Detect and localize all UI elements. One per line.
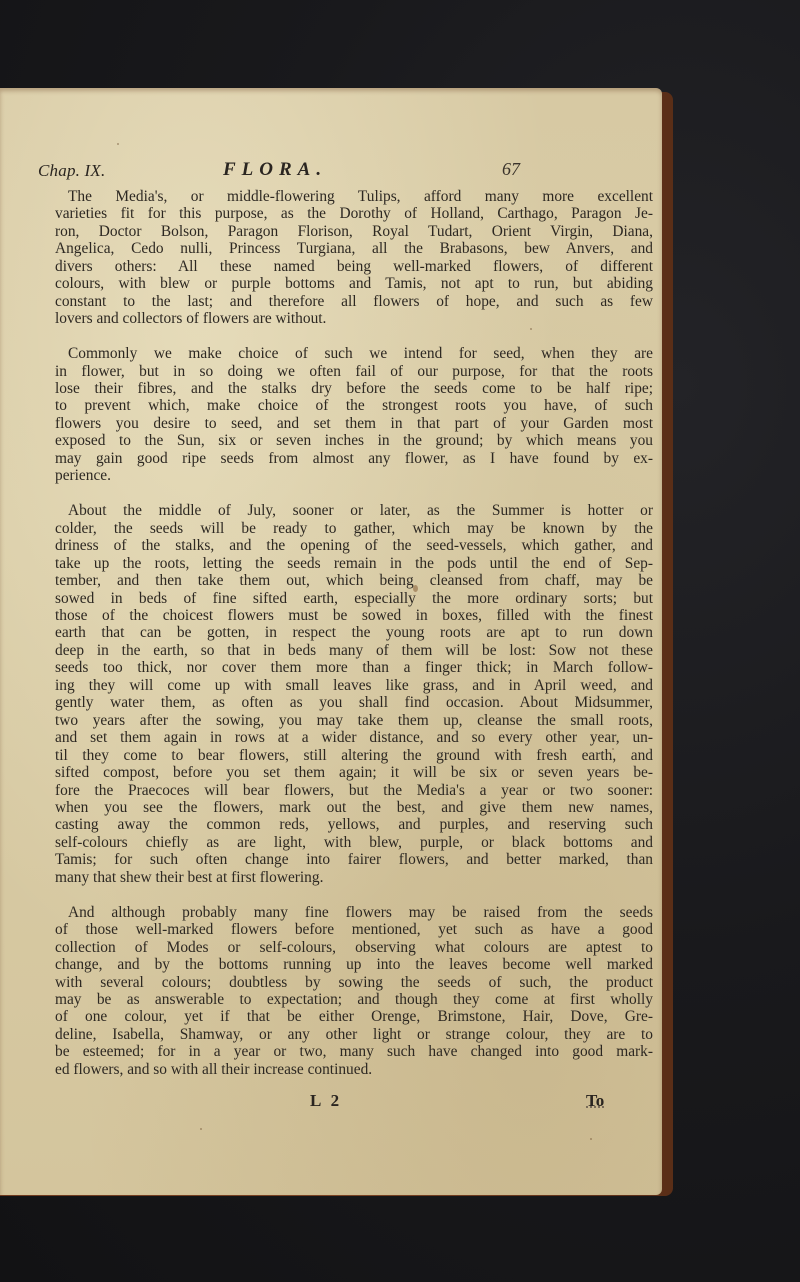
text-line: Commonly we make choice of such we inten… [55, 345, 653, 362]
catchword: To [586, 1091, 604, 1111]
text-line: with several colours; doubtless by sowin… [55, 974, 653, 991]
text-line: collection of Modes or self-colours, obs… [55, 939, 653, 956]
text-line: Angelica, Cedo nulli, Princess Turgiana,… [55, 240, 653, 257]
text-line: two years after the sowing, you may take… [55, 712, 653, 729]
text-line: fore the Praecoces will bear flowers, bu… [55, 782, 653, 799]
chapter-label: Chap. IX. [38, 161, 105, 181]
page-number: 67 [502, 159, 520, 180]
body-text: The Media's, or middle-flowering Tulips,… [55, 188, 653, 1078]
text-line: sowed in beds of fine sifted earth, espe… [55, 590, 653, 607]
text-line: deep in the earth, so that in beds many … [55, 642, 653, 659]
text-line: tember, and then take them out, which be… [55, 572, 653, 589]
text-line: ron, Doctor Bolson, Paragon Florison, Ro… [55, 223, 653, 240]
paragraph-1: The Media's, or middle-flowering Tulips,… [55, 188, 653, 328]
text-line: divers others: All these named being wel… [55, 258, 653, 275]
book-page: Chap. IX. FLORA. 67 The Media's, or midd… [0, 88, 662, 1195]
text-line: ed flowers, and so with all their increa… [55, 1061, 653, 1078]
paragraph-3: About the middle of July, sooner or late… [55, 502, 653, 886]
text-line: to prevent which, make choice of the str… [55, 397, 653, 414]
text-line: And although probably many fine flowers … [55, 904, 653, 921]
running-title: FLORA. [223, 159, 327, 181]
foxing-spot [590, 1138, 592, 1140]
text-line: gently water them, as often as you shall… [55, 694, 653, 711]
foxing-spot [530, 328, 532, 330]
text-line: deline, Isabella, Shamway, or any other … [55, 1026, 653, 1043]
foxing-spot [612, 748, 614, 750]
text-line: colours, with blew or purple bottoms and… [55, 275, 653, 292]
text-line: colder, the seeds will be ready to gathe… [55, 520, 653, 537]
text-line: exposed to the Sun, six or seven inches … [55, 432, 653, 449]
text-line: may gain good ripe seeds from almost any… [55, 450, 653, 467]
signature-mark: L 2 [310, 1091, 342, 1111]
text-line: in flower, but in so doing we often fail… [55, 363, 653, 380]
text-line: lovers and collectors of flowers are wit… [55, 310, 653, 327]
text-line: varieties fit for this purpose, as the D… [55, 205, 653, 222]
text-line: be esteemed; for in a year or two, many … [55, 1043, 653, 1060]
text-line: constant to the last; and therefore all … [55, 293, 653, 310]
foxing-spot [117, 143, 119, 145]
foxing-spot [200, 1128, 202, 1130]
text-line: til they come to bear flowers, still alt… [55, 747, 653, 764]
text-line: lose their fibres, and the stalks dry be… [55, 380, 653, 397]
running-head: Chap. IX. FLORA. 67 [0, 88, 662, 128]
text-line: casting away the common reds, yellows, a… [55, 816, 653, 833]
text-line: when you see the flowers, mark out the b… [55, 799, 653, 816]
text-line: of one colour, yet if that be either Ore… [55, 1008, 653, 1025]
text-line: change, and by the bottoms running up in… [55, 956, 653, 973]
text-line: About the middle of July, sooner or late… [55, 502, 653, 519]
text-line: many that shew their best at first flowe… [55, 869, 653, 886]
text-line: of those well-marked flowers before ment… [55, 921, 653, 938]
text-line: flowers you desire to seed, and set them… [55, 415, 653, 432]
text-line: earth that can be gotten, in respect the… [55, 624, 653, 641]
paragraph-4: And although probably many fine flowers … [55, 904, 653, 1079]
text-line: take up the roots, letting the seeds rem… [55, 555, 653, 572]
text-line: sifted compost, before you set them agai… [55, 764, 653, 781]
text-line: Tamis; for such often change into fairer… [55, 851, 653, 868]
text-line: self-colours chiefly as are light, with … [55, 834, 653, 851]
ink-stain [413, 585, 418, 592]
text-line: and set them again in rows at a wider di… [55, 729, 653, 746]
text-line: those of the choicest flowers must be so… [55, 607, 653, 624]
paragraph-2: Commonly we make choice of such we inten… [55, 345, 653, 485]
text-line: ing they will come up with small leaves … [55, 677, 653, 694]
text-line: The Media's, or middle-flowering Tulips,… [55, 188, 653, 205]
text-line: perience. [55, 467, 653, 484]
text-line: seeds too thick, nor cover them more tha… [55, 659, 653, 676]
text-line: may be as answerable to expectation; and… [55, 991, 653, 1008]
text-line: driness of the stalks, and the opening o… [55, 537, 653, 554]
